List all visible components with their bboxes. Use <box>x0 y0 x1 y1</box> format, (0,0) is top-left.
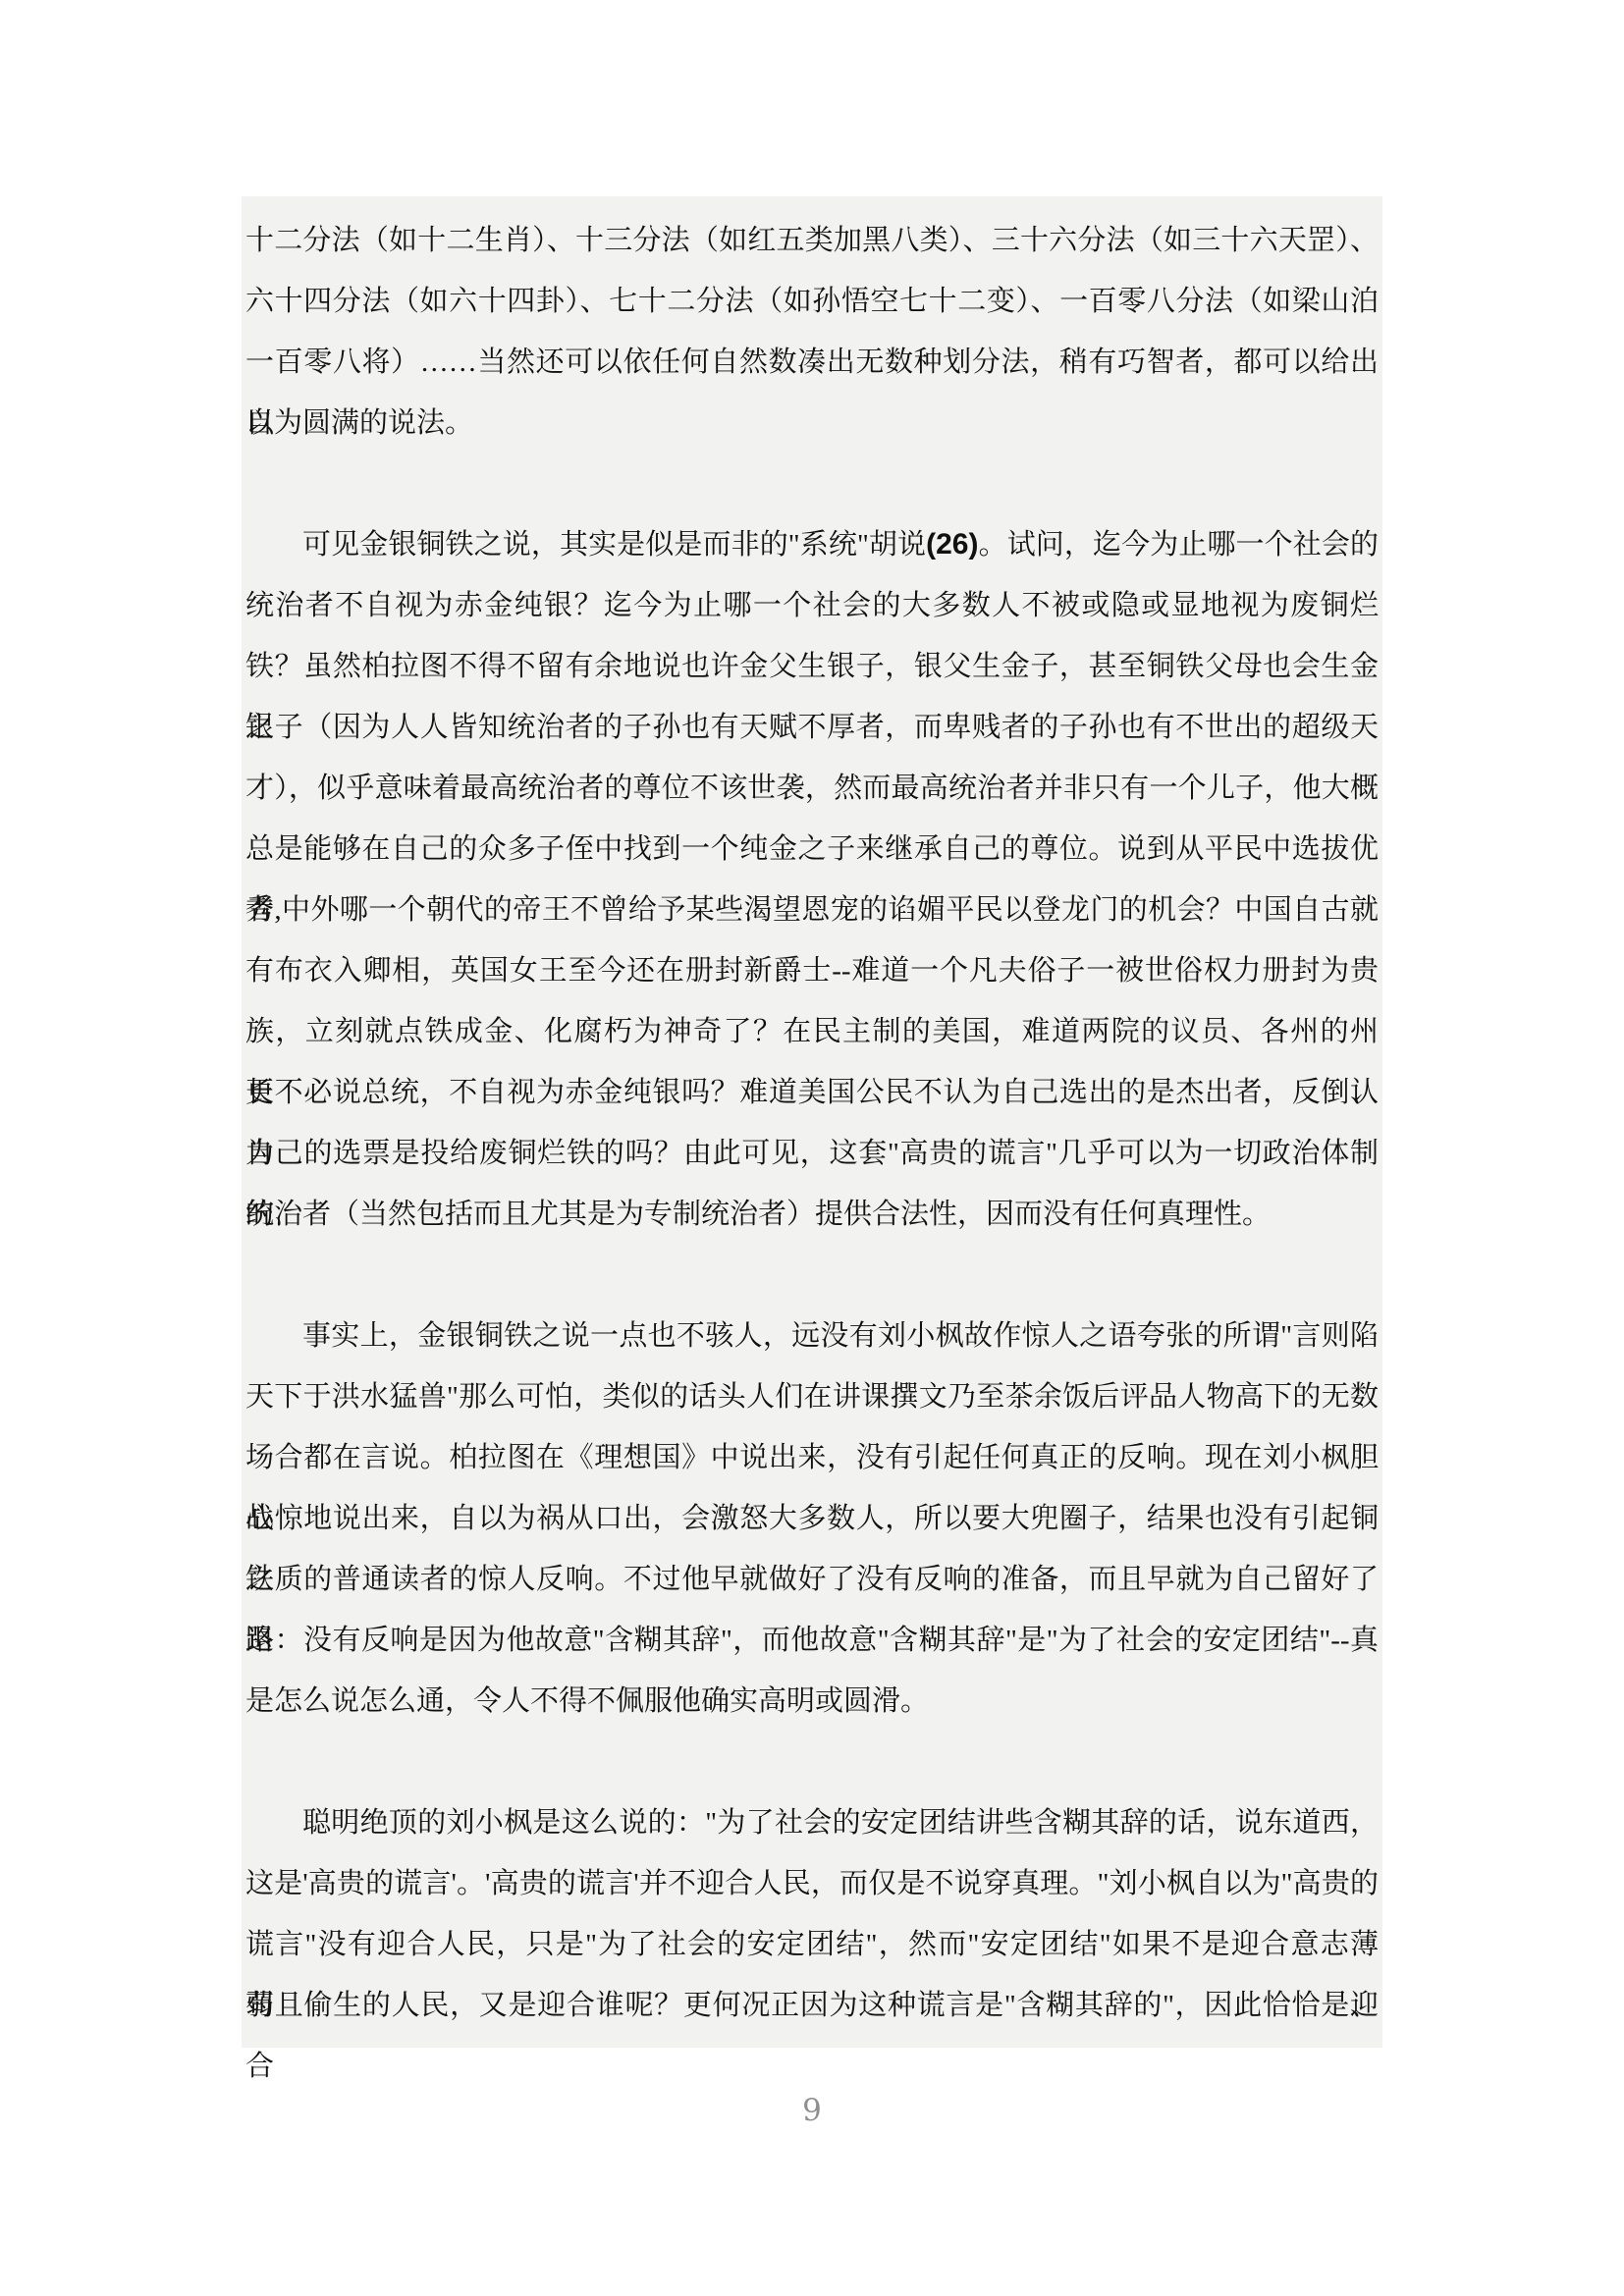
text-line: 六十四分法（如六十四卦）、七十二分法（如孙悟空七十二变）、一百零八分法（如梁山泊 <box>245 271 1379 332</box>
text-line: 心惊地说出来，自以为祸从口出，会激怒大多数人，所以要大兜圈子，结果也没有引起铜铁 <box>245 1488 1379 1549</box>
text-line: 以为圆满的说法。 <box>245 393 1379 454</box>
text-line: 聪明绝顶的刘小枫是这么说的："为了社会的安定团结讲些含糊其辞的话，说东道西， <box>245 1792 1379 1853</box>
text-line: 统治者（当然包括而且尤其是为专制统治者）提供合法性，因而没有任何真理性。 <box>245 1184 1379 1245</box>
text-line: 者,中外哪一个朝代的帝王不曾给予某些渴望恩宠的谄媚平民以登龙门的机会？中国自古就 <box>245 880 1379 940</box>
text-line: 更不必说总统，不自视为赤金纯银吗？难道美国公民不认为自己选出的是杰出者，反倒认为 <box>245 1062 1379 1123</box>
text-line: 才），似乎意味着最高统治者的尊位不该世袭，然而最高统治者并非只有一个儿子，他大概 <box>245 758 1379 819</box>
text-line: 铁？虽然柏拉图不得不留有余地说也许金父生银子，银父生金子，甚至铜铁父母也会生金银 <box>245 636 1379 697</box>
text-line: 族，立刻就点铁成金、化腐朽为神奇了？在民主制的美国，难道两院的议员、各州的州长、 <box>245 1001 1379 1062</box>
text-line: 十二分法（如十二生肖）、十三分法（如红五类加黑八类）、三十六分法（如三十六天罡）… <box>245 210 1379 271</box>
text-line: 总是能够在自己的众多子侄中找到一个纯金之子来继承自己的尊位。说到从平民中选拔优秀 <box>245 819 1379 880</box>
text-line: 天下于洪水猛兽"那么可怕，类似的话头人们在讲课撰文乃至茶余饭后评品人物高下的无数 <box>245 1366 1379 1427</box>
text-line: 事实上，金银铜铁之说一点也不骇人，远没有刘小枫故作惊人之语夸张的所谓"言则陷 <box>245 1306 1379 1366</box>
text-segment: 。试问，迄今为止哪一个社会的 <box>978 529 1379 561</box>
footnote-reference: (26) <box>926 528 978 561</box>
text-line: 有布衣入卿相，英国女王至今还在册封新爵士--难道一个凡夫俗子一被世俗权力册封为贵 <box>245 940 1379 1001</box>
page-number: 9 <box>0 2093 1624 2128</box>
text-line: 之子（因为人人皆知统治者的子孙也有天赋不厚者，而卑贱者的子孙也有不世出的超级天 <box>245 697 1379 758</box>
text-line: 是怎么说怎么通，令人不得不佩服他确实高明或圆滑。 <box>245 1671 1379 1732</box>
text-line: 路：没有反响是因为他故意"含糊其辞"，而他故意"含糊其辞"是"为了社会的安定团结… <box>245 1610 1379 1671</box>
text-line: 苟且偷生的人民，又是迎合谁呢？更何况正因为这种谎言是"含糊其辞的"，因此恰恰是迎… <box>245 1975 1379 2036</box>
paragraph-2: 可见金银铜铁之说，其实是似是而非的"系统"胡说(26)。试问，迄今为止哪一个社会… <box>245 514 1379 1245</box>
text-segment: 可见金银铜铁之说，其实是似是而非的"系统"胡说 <box>302 529 926 561</box>
text-line: 谎言"没有迎合人民，只是"为了社会的安定团结"，然而"安定团结"如果不是迎合意志… <box>245 1914 1379 1975</box>
paragraph-4: 聪明绝顶的刘小枫是这么说的："为了社会的安定团结讲些含糊其辞的话，说东道西， 这… <box>245 1792 1379 2036</box>
text-line: 可见金银铜铁之说，其实是似是而非的"系统"胡说(26)。试问，迄今为止哪一个社会… <box>245 514 1379 575</box>
text-line: 这是'高贵的谎言'。'高贵的谎言'并不迎合人民，而仅是不说穿真理。"刘小枫自以为… <box>245 1853 1379 1914</box>
text-line: 一百零八将）……当然还可以依任何自然数凑出无数种划分法，稍有巧智者，都可以给出自 <box>245 332 1379 393</box>
text-block: 十二分法（如十二生肖）、十三分法（如红五类加黑八类）、三十六分法（如三十六天罡）… <box>242 196 1382 2048</box>
text-line: 自己的选票是投给废铜烂铁的吗？由此可见，这套"高贵的谎言"几乎可以为一切政治体制… <box>245 1123 1379 1184</box>
text-line: 统治者不自视为赤金纯银？迄今为止哪一个社会的大多数人不被或隐或显地视为废铜烂 <box>245 575 1379 636</box>
text-line: 场合都在言说。柏拉图在《理想国》中说出来，没有引起任何真正的反响。现在刘小枫胆战 <box>245 1427 1379 1488</box>
paragraph-3: 事实上，金银铜铁之说一点也不骇人，远没有刘小枫故作惊人之语夸张的所谓"言则陷 天… <box>245 1306 1379 1732</box>
text-line: 之质的普通读者的惊人反响。不过他早就做好了没有反响的准备，而且早就为自己留好了退 <box>245 1549 1379 1610</box>
paragraph-1: 十二分法（如十二生肖）、十三分法（如红五类加黑八类）、三十六分法（如三十六天罡）… <box>245 210 1379 454</box>
